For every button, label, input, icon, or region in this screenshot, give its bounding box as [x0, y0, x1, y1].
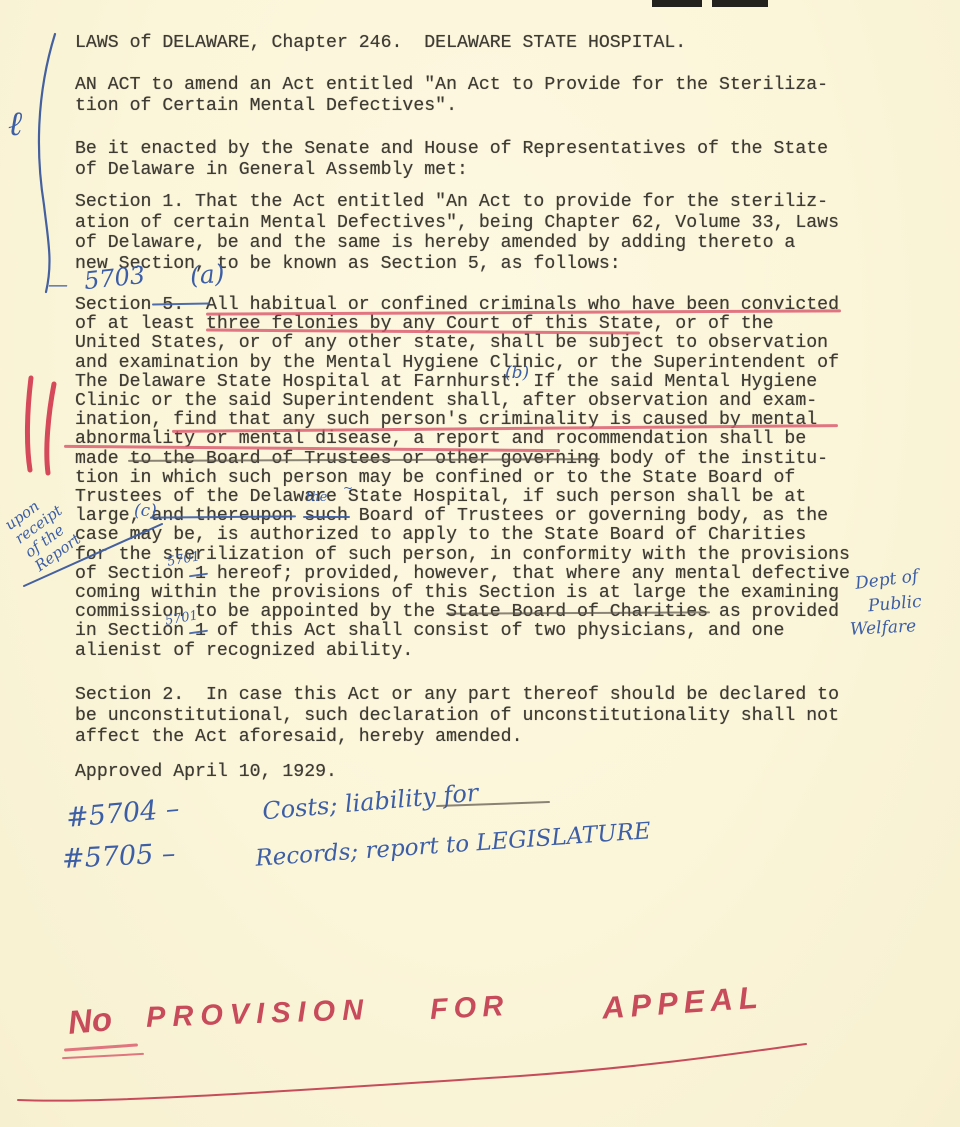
paragraph-section-5: Section 5. All habitual or confined crim…: [75, 296, 850, 661]
paragraph-enacting-clause: Be it enacted by the Senate and House of…: [75, 139, 828, 181]
red-note-for: FOR: [429, 990, 510, 1027]
note-5705-number: #5705 –: [61, 838, 176, 875]
scan-artifact-bar: [652, 0, 702, 7]
insertion-squiggle: ~: [343, 481, 353, 495]
handwritten-subsection-a: (a): [189, 259, 225, 290]
red-note-no: No: [66, 1000, 113, 1042]
approval-date-line: Approved April 10, 1929.: [75, 762, 337, 783]
margin-letter-ell: ℓ: [8, 104, 22, 144]
margin-note-welfare: Welfare: [850, 616, 917, 639]
handwritten-the-above-such: the: [306, 490, 327, 505]
handwritten-subsection-b: (b): [505, 363, 529, 383]
paragraph-section-2: Section 2. In case this Act or any part …: [75, 685, 839, 748]
document-title: LAWS of DELAWARE, Chapter 246. DELAWARE …: [75, 33, 686, 54]
scan-artifact-bar: [712, 0, 768, 7]
paragraph-an-act: AN ACT to amend an Act entitled "An Act …: [75, 75, 828, 117]
handwritten-dash: —: [48, 272, 68, 296]
